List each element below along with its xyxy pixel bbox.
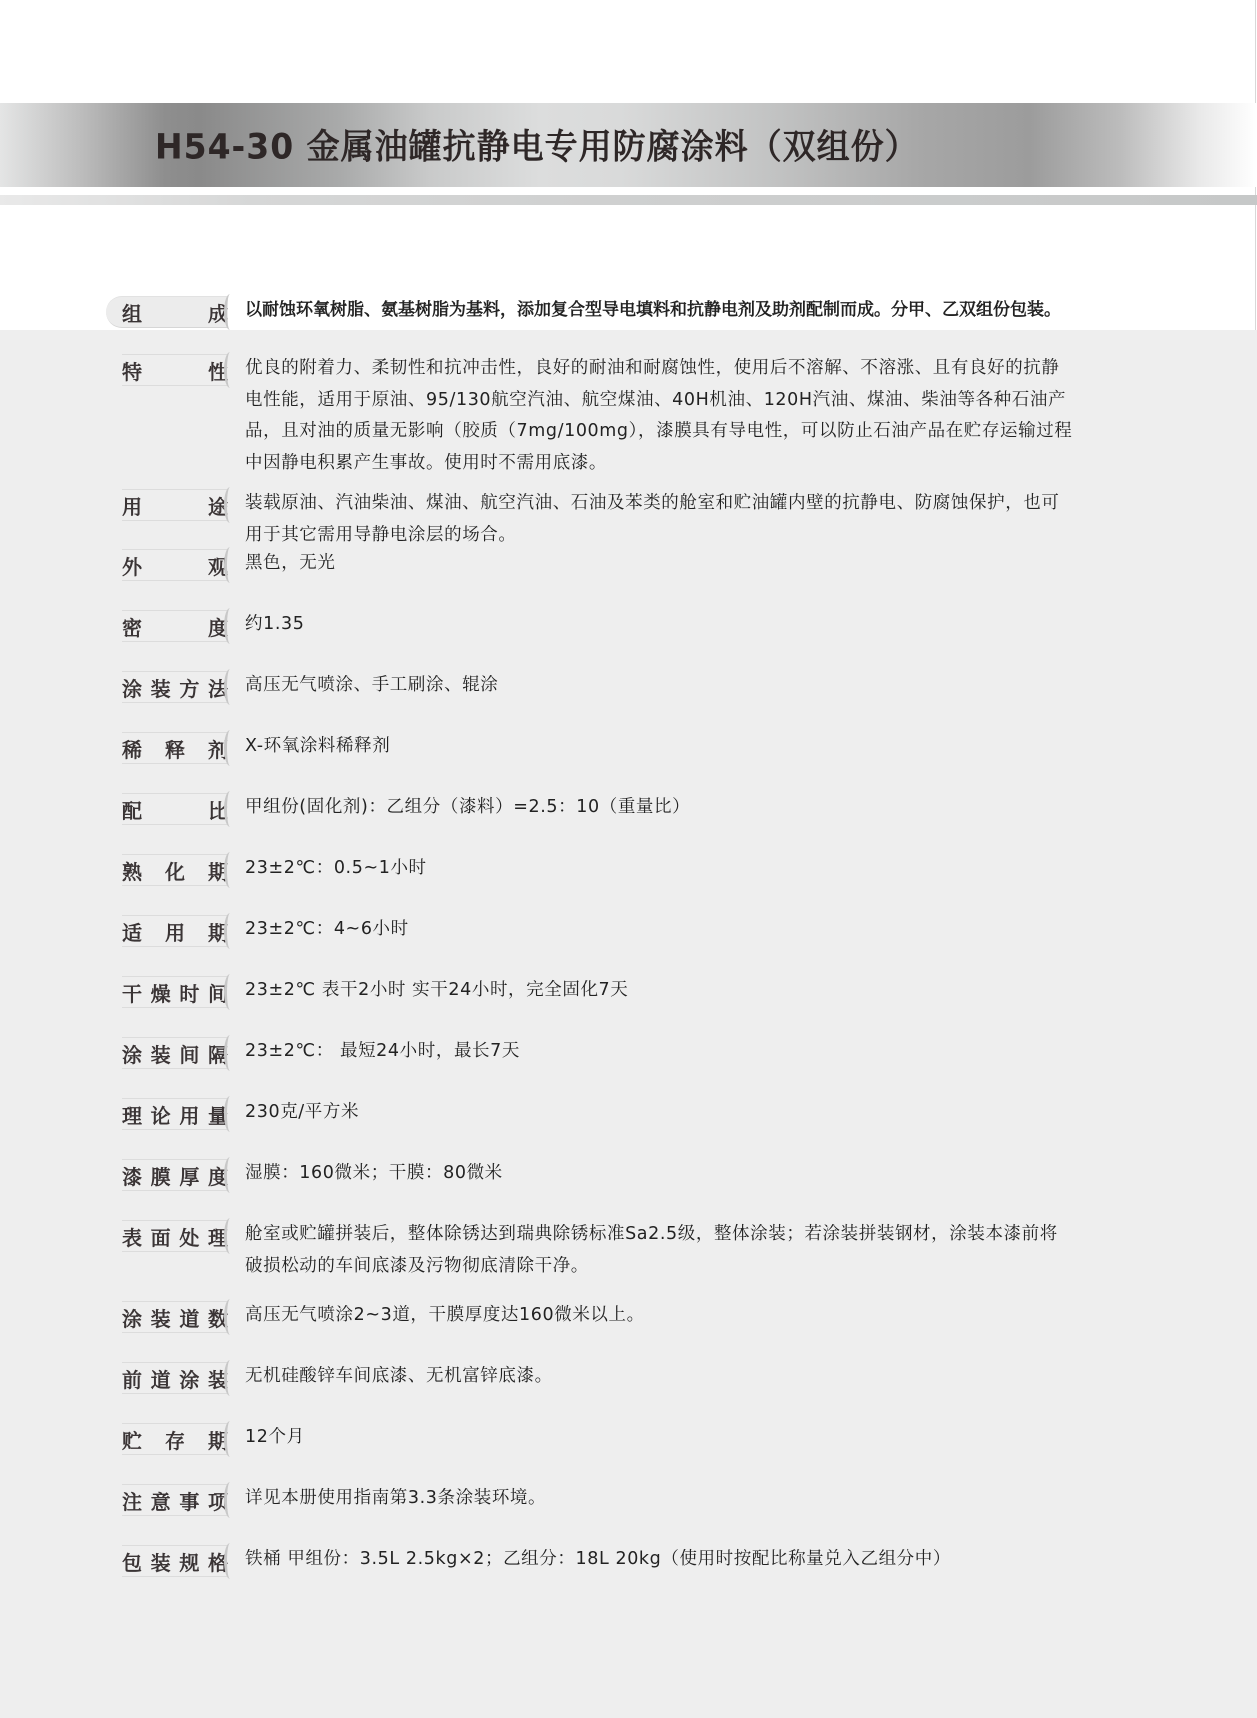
spec-label-char: 存 [165, 1425, 185, 1454]
spec-value-line: 铁桶 甲组份：3.5L 2.5kg×2；乙组分：18L 20kg（使用时按配比称… [245, 1544, 1165, 1576]
spec-label-char: 装 [151, 673, 171, 702]
spec-label-char: 规 [179, 1547, 199, 1576]
spec-value-line: 23±2℃：4~6小时 [245, 914, 1165, 946]
spec-label-char: 装 [151, 1303, 171, 1332]
spec-label-char: 稀 [122, 734, 142, 763]
spec-label-char: 特 [122, 356, 142, 385]
bracket-divider-icon [224, 730, 236, 766]
title-divider-bar [0, 195, 1257, 205]
spec-label: 涂装间隔 [122, 1037, 228, 1069]
spec-label: 干燥时间 [122, 976, 228, 1008]
spec-label-char: 熟 [122, 856, 142, 885]
spec-value: 湿膜：160微米；干膜：80微米 [245, 1158, 1165, 1190]
spec-label: 适用期 [122, 915, 228, 947]
spec-value-line: 高压无气喷涂、手工刷涂、辊涂 [245, 670, 1165, 702]
spec-label-char: 组 [122, 298, 142, 327]
bracket-divider-icon [224, 547, 236, 583]
spec-value: 23±2℃：0.5~1小时 [245, 853, 1165, 885]
spec-label-char: 配 [122, 795, 142, 824]
spec-value: 约1.35 [245, 609, 1165, 641]
spec-label: 注意事项 [122, 1484, 228, 1516]
spec-label-char: 论 [151, 1100, 171, 1129]
spec-value: 铁桶 甲组份：3.5L 2.5kg×2；乙组分：18L 20kg（使用时按配比称… [245, 1544, 1165, 1576]
spec-value-line: 黑色，无光 [245, 548, 1165, 580]
spec-value: 优良的附着力、柔韧性和抗冲击性，良好的耐油和耐腐蚀性，使用后不溶解、不溶涨、且有… [245, 353, 1165, 479]
spec-value: 舱室或贮罐拼装后，整体除锈达到瑞典除锈标准Sa2.5级，整体涂装；若涂装拼装钢材… [245, 1219, 1165, 1282]
spec-label: 特性 [122, 354, 228, 386]
spec-value: 230克/平方米 [245, 1097, 1165, 1129]
spec-value: X-环氧涂料稀释剂 [245, 731, 1165, 763]
spec-value-line: 230克/平方米 [245, 1097, 1165, 1129]
spec-label-char: 厚 [179, 1161, 199, 1190]
bracket-divider-icon [224, 1421, 236, 1457]
bracket-divider-icon [224, 1299, 236, 1335]
spec-label-char: 注 [122, 1486, 142, 1515]
spec-label-char: 涂 [179, 1364, 199, 1393]
spec-label: 表面处理 [122, 1220, 228, 1252]
spec-label-char: 涂 [122, 1303, 142, 1332]
bracket-divider-icon [224, 1482, 236, 1518]
spec-label: 用途 [122, 489, 228, 521]
bracket-divider-icon [224, 608, 236, 644]
spec-label: 漆膜厚度 [122, 1159, 228, 1191]
bracket-divider-icon [224, 1218, 236, 1254]
spec-label-char: 间 [179, 1039, 199, 1068]
spec-label: 密度 [122, 610, 228, 642]
bracket-divider-icon [224, 294, 236, 330]
bracket-divider-icon [224, 1035, 236, 1071]
bracket-divider-icon [224, 791, 236, 827]
spec-label: 涂装道数 [122, 1301, 228, 1333]
spec-value: 23±2℃：4~6小时 [245, 914, 1165, 946]
spec-value-line: 23±2℃： 最短24小时，最长7天 [245, 1036, 1165, 1068]
spec-label-char: 涂 [122, 673, 142, 702]
spec-value: 高压无气喷涂、手工刷涂、辊涂 [245, 670, 1165, 702]
spec-label-char: 用 [122, 491, 142, 520]
spec-value-line: 舱室或贮罐拼装后，整体除锈达到瑞典除锈标准Sa2.5级，整体涂装；若涂装拼装钢材… [245, 1219, 1165, 1251]
bracket-divider-icon [224, 1157, 236, 1193]
spec-label: 配比 [122, 793, 228, 825]
spec-label: 稀释剂 [122, 732, 228, 764]
spec-label-char: 装 [151, 1547, 171, 1576]
spec-value: 以耐蚀环氧树脂、氨基树脂为基料，添加复合型导电填料和抗静电剂及助剂配制而成。分甲… [245, 295, 1165, 327]
spec-value-line: 23±2℃ 表干2小时 实干24小时，完全固化7天 [245, 975, 1165, 1007]
spec-label-char: 方 [179, 673, 199, 702]
spec-label-char: 时 [179, 978, 199, 1007]
bracket-divider-icon [224, 974, 236, 1010]
spec-label: 涂装方法 [122, 671, 228, 703]
spec-label: 熟化期 [122, 854, 228, 886]
spec-label-char: 化 [165, 856, 185, 885]
spec-value-line: 甲组份(固化剂)：乙组分（漆料）=2.5：10（重量比） [245, 792, 1165, 824]
bracket-divider-icon [224, 852, 236, 888]
spec-label: 包装规格 [122, 1545, 228, 1577]
spec-value-line: X-环氧涂料稀释剂 [245, 731, 1165, 763]
spec-label-char: 密 [122, 612, 142, 641]
spec-label-char: 干 [122, 978, 142, 1007]
spec-value-line: 优良的附着力、柔韧性和抗冲击性，良好的耐油和耐腐蚀性，使用后不溶解、不溶涨、且有… [245, 353, 1165, 385]
spec-value-line: 品，且对油的质量无影响（胶质（7mg/100mg），漆膜具有导电性，可以防止石油… [245, 416, 1165, 448]
bracket-divider-icon [224, 913, 236, 949]
spec-label-char: 漆 [122, 1161, 142, 1190]
spec-label: 理论用量 [122, 1098, 228, 1130]
spec-label-char: 适 [122, 917, 142, 946]
spec-value-line: 中因静电积累产生事故。使用时不需用底漆。 [245, 448, 1165, 480]
spec-value: 23±2℃ 表干2小时 实干24小时，完全固化7天 [245, 975, 1165, 1007]
spec-label-char: 用 [165, 917, 185, 946]
spec-label-char: 贮 [122, 1425, 142, 1454]
spec-value-line: 用于其它需用导静电涂层的场合。 [245, 520, 1165, 552]
spec-label-char: 膜 [151, 1161, 171, 1190]
spec-value: 无机硅酸锌车间底漆、无机富锌底漆。 [245, 1361, 1165, 1393]
spec-label-char: 意 [151, 1486, 171, 1515]
spec-label-char: 理 [122, 1100, 142, 1129]
spec-value: 甲组份(固化剂)：乙组分（漆料）=2.5：10（重量比） [245, 792, 1165, 824]
spec-label-char: 道 [151, 1364, 171, 1393]
spec-value-line: 破损松动的车间底漆及污物彻底清除干净。 [245, 1251, 1165, 1283]
spec-label-char: 释 [165, 734, 185, 763]
spec-value-line: 无机硅酸锌车间底漆、无机富锌底漆。 [245, 1361, 1165, 1393]
bracket-divider-icon [224, 1360, 236, 1396]
spec-value-line: 12个月 [245, 1422, 1165, 1454]
bracket-divider-icon [224, 1096, 236, 1132]
spec-value-line: 约1.35 [245, 609, 1165, 641]
bracket-divider-icon [224, 1543, 236, 1579]
spec-value-line: 以耐蚀环氧树脂、氨基树脂为基料，添加复合型导电填料和抗静电剂及助剂配制而成。分甲… [245, 295, 1165, 327]
spec-label-char: 包 [122, 1547, 142, 1576]
spec-value-line: 高压无气喷涂2~3道，干膜厚度达160微米以上。 [245, 1300, 1165, 1332]
spec-label: 前道涂装 [122, 1362, 228, 1394]
spec-label: 贮存期 [122, 1423, 228, 1455]
spec-value: 高压无气喷涂2~3道，干膜厚度达160微米以上。 [245, 1300, 1165, 1332]
spec-label-char: 事 [179, 1486, 199, 1515]
spec-label-char: 用 [179, 1100, 199, 1129]
spec-label-char: 燥 [151, 978, 171, 1007]
spec-value-line: 详见本册使用指南第3.3条涂装环境。 [245, 1483, 1165, 1515]
spec-value: 23±2℃： 最短24小时，最长7天 [245, 1036, 1165, 1068]
bracket-divider-icon [224, 352, 236, 388]
spec-value-line: 装载原油、汽油柴油、煤油、航空汽油、石油及苯类的舱室和贮油罐内壁的抗静电、防腐蚀… [245, 488, 1165, 520]
spec-label: 组成 [106, 296, 228, 328]
spec-label-char: 道 [179, 1303, 199, 1332]
spec-label: 外观 [122, 549, 228, 581]
spec-label-char: 面 [151, 1222, 171, 1251]
page-title: H54-30 金属油罐抗静电专用防腐涂料（双组份） [155, 120, 919, 169]
spec-label-char: 处 [179, 1222, 199, 1251]
spec-value-line: 湿膜：160微米；干膜：80微米 [245, 1158, 1165, 1190]
bracket-divider-icon [224, 669, 236, 705]
spec-value: 装载原油、汽油柴油、煤油、航空汽油、石油及苯类的舱室和贮油罐内壁的抗静电、防腐蚀… [245, 488, 1165, 551]
title-banner: H54-30 金属油罐抗静电专用防腐涂料（双组份） [0, 103, 1257, 187]
spec-value: 12个月 [245, 1422, 1165, 1454]
spec-value: 详见本册使用指南第3.3条涂装环境。 [245, 1483, 1165, 1515]
spec-value-line: 电性能，适用于原油、95/130航空汽油、航空煤油、40H机油、120H汽油、煤… [245, 385, 1165, 417]
spec-label-char: 外 [122, 551, 142, 580]
spec-label-char: 前 [122, 1364, 142, 1393]
spec-label-char: 涂 [122, 1039, 142, 1068]
spec-label-char: 表 [122, 1222, 142, 1251]
spec-value-line: 23±2℃：0.5~1小时 [245, 853, 1165, 885]
spec-value: 黑色，无光 [245, 548, 1165, 580]
bracket-divider-icon [224, 487, 236, 523]
spec-label-char: 装 [151, 1039, 171, 1068]
